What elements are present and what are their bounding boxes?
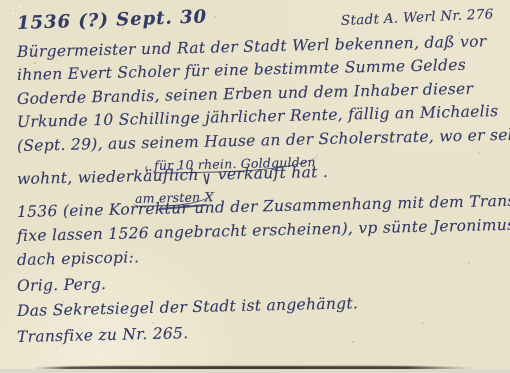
body-line-6-part2: verkauft hat . <box>218 163 329 183</box>
archive-reference: Stadt A. Werl Nr. 276 <box>341 6 494 29</box>
body-line-6-part1: wohnt, wiederkäuflich <box>17 166 199 188</box>
transfix-note: Transfixe zu Nr. 265. <box>17 324 189 346</box>
background-below-card <box>0 369 510 373</box>
body-line-4: Urkunde 10 Schillinge jährlicher Rente, … <box>17 102 499 131</box>
seal-note: Das Sekretsiegel der Stadt ist angehängt… <box>17 294 359 320</box>
body-line-2: ihnen Evert Scholer für eine bestimmte S… <box>17 56 466 84</box>
orig-note: Orig. Perg. <box>17 275 107 295</box>
paper-card: 1536 (?) Sept. 30 Stadt A. Werl Nr. 276 … <box>0 0 510 373</box>
note-line-3: dach episcopi:. <box>17 248 140 269</box>
paper-speckles <box>0 0 2 2</box>
date-heading: 1536 (?) Sept. 30 <box>17 6 208 34</box>
body-line-6: wohnt, wiederkäuflich∨ verkauft hat . <box>17 163 329 188</box>
note-line-2: fixe lassen 1526 angebracht erscheinen),… <box>17 216 510 245</box>
body-line-5: (Sept. 29), aus seinem Hause an der Scho… <box>17 125 510 155</box>
